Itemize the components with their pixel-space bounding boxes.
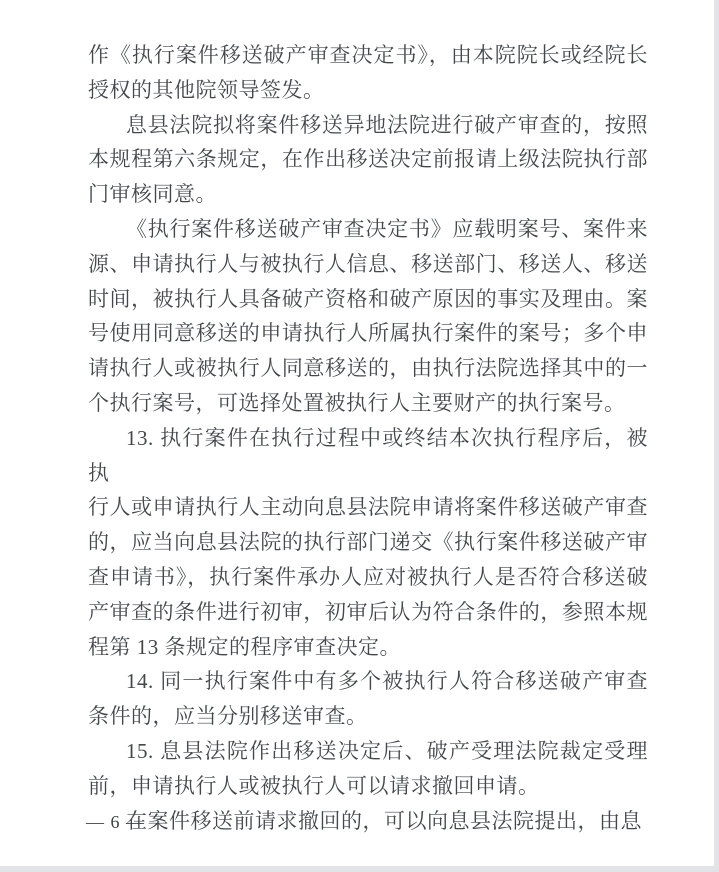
- document-viewer: 作《执行案件移送破产审查决定书》，由本院院长或经院长授权的其他院领导签发。息县法…: [0, 0, 719, 872]
- text-line: 查申请书》，执行案件承办人应对被执行人是否符合移送破: [88, 560, 648, 595]
- text-line: 本规程第六条规定，在作出移送决定前报请上级法院执行部: [88, 142, 648, 177]
- document-page: 作《执行案件移送破产审查决定书》，由本院院长或经院长授权的其他院领导签发。息县法…: [0, 0, 714, 866]
- text-line: 条件的，应当分别移送审查。: [88, 699, 648, 734]
- text-line: 在案件移送前请求撤回的，可以向息县法院提出，由息: [88, 804, 648, 839]
- page-edge-right: [714, 0, 719, 872]
- text-line: 行人或申请执行人主动向息县法院申请将案件移送破产审查: [88, 490, 648, 525]
- text-line: 15. 息县法院作出移送决定后、破产受理法院裁定受理: [88, 734, 648, 769]
- text-line: 源、申请执行人与被执行人信息、移送部门、移送人、移送: [88, 247, 648, 282]
- text-line: 《执行案件移送破产审查决定书》应载明案号、案件来: [88, 212, 648, 247]
- text-line: 授权的其他院领导签发。: [88, 73, 648, 108]
- page-number: — 6 —: [86, 811, 145, 833]
- text-line: 13. 执行案件在执行过程中或终结本次执行程序后，被执: [88, 421, 648, 491]
- text-line: 作《执行案件移送破产审查决定书》，由本院院长或经院长: [88, 38, 648, 73]
- text-line: 14. 同一执行案件中有多个被执行人符合移送破产审查: [88, 664, 648, 699]
- text-line: 时间，被执行人具备破产资格和破产原因的事实及理由。案: [88, 282, 648, 317]
- page-edge-bottom: [0, 866, 719, 872]
- text-line: 的，应当向息县法院的执行部门递交《执行案件移送破产审: [88, 525, 648, 560]
- text-line: 请执行人或被执行人同意移送的，由执行法院选择其中的一: [88, 351, 648, 386]
- text-line: 个执行案号，可选择处置被执行人主要财产的执行案号。: [88, 386, 648, 421]
- text-line: 号使用同意移送的申请执行人所属执行案件的案号；多个申: [88, 316, 648, 351]
- text-line: 程第 13 条规定的程序审查决定。: [88, 630, 648, 665]
- text-line: 息县法院拟将案件移送异地法院进行破产审查的，按照: [88, 108, 648, 143]
- document-text: 作《执行案件移送破产审查决定书》，由本院院长或经院长授权的其他院领导签发。息县法…: [88, 38, 648, 838]
- text-line: 产审查的条件进行初审，初审后认为符合条件的，参照本规: [88, 595, 648, 630]
- text-line: 前，申请执行人或被执行人可以请求撤回申请。: [88, 769, 648, 804]
- text-line: 门审核同意。: [88, 177, 648, 212]
